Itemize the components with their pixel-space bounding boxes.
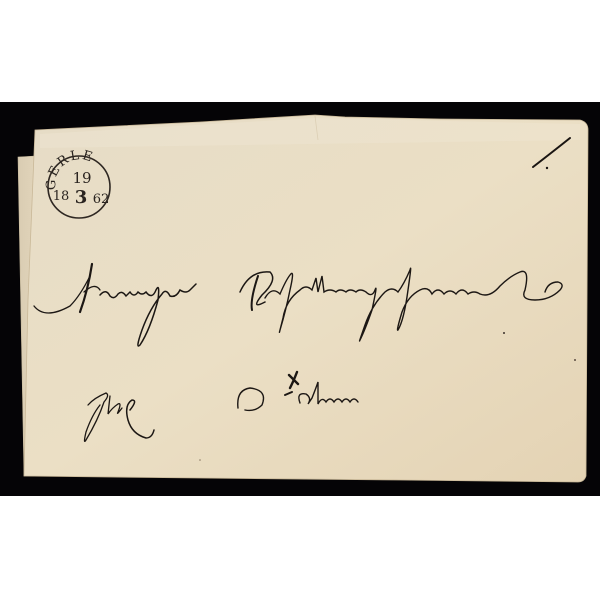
envelope-front: [24, 115, 588, 482]
postmark-year-prefix: 18: [53, 189, 70, 204]
envelope-photo: GERLE 19 3 18 62 Koningens Befallningsha…: [0, 0, 600, 600]
postmark-day: 19: [72, 169, 91, 187]
postmark-year-suffix: 62: [93, 192, 110, 207]
postmark-month: 3: [75, 187, 88, 208]
